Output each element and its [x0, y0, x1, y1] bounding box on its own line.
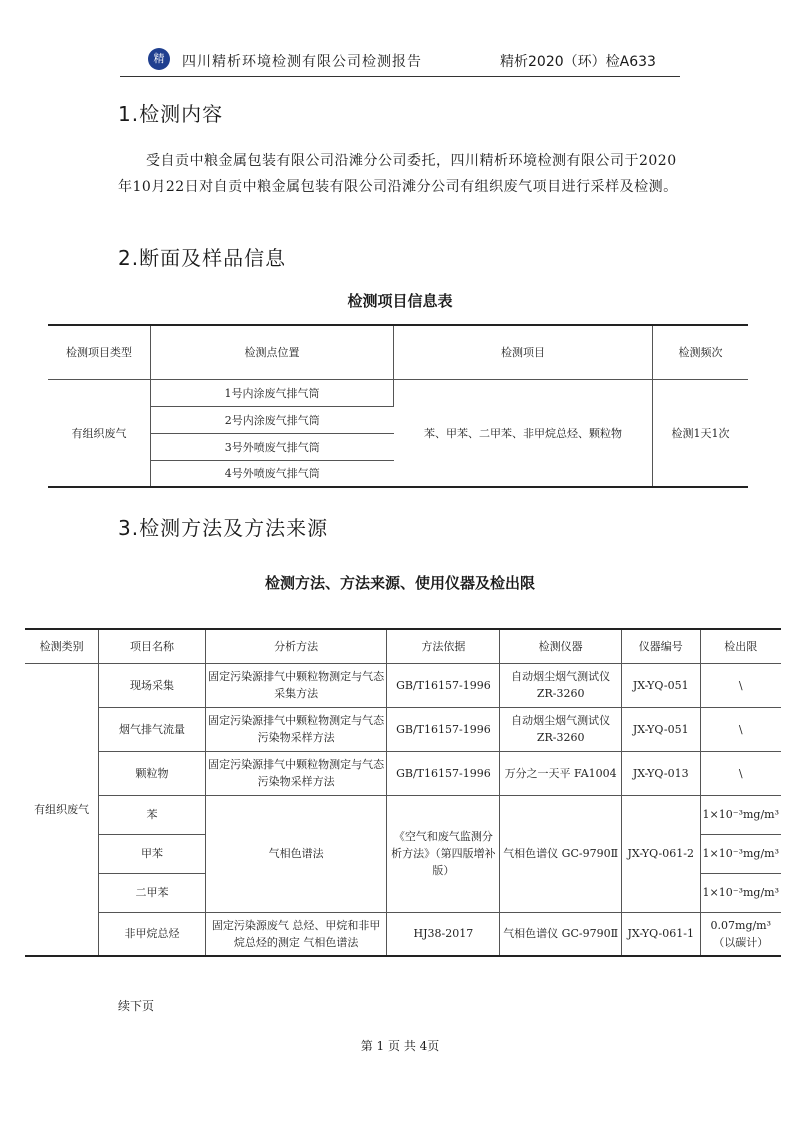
col-header: 检测项目类型: [48, 325, 151, 379]
instrument-cell: 气相色谱仪 GC-9790Ⅱ: [500, 912, 621, 956]
limit-cell: 0.07mg/m³（以碳计）: [700, 912, 781, 956]
limit-cell: 1×10⁻³mg/m³: [700, 873, 781, 912]
frequency-cell: 检测1天1次: [653, 379, 749, 487]
name-cell: 非甲烷总烃: [99, 912, 206, 956]
limit-cell: \: [700, 663, 781, 707]
col-header: 检测项目: [394, 325, 653, 379]
company-logo-icon: 精: [148, 48, 170, 70]
col-header: 分析方法: [205, 629, 387, 663]
table-row: 有组织废气 现场采集 固定污染源排气中颗粒物测定与气态采集方法 GB/T1615…: [25, 663, 781, 707]
header-company-report: 四川精析环境检测有限公司检测报告: [182, 51, 422, 71]
col-header: 检出限: [700, 629, 781, 663]
header-divider: [120, 76, 680, 77]
col-header: 检测点位置: [151, 325, 394, 379]
inst-no-cell: JX-YQ-051: [621, 707, 700, 751]
col-header: 检测频次: [653, 325, 749, 379]
continued-note: 续下页: [118, 997, 154, 1014]
name-cell: 现场采集: [99, 663, 206, 707]
section2-title: 2.断面及样品信息: [118, 242, 286, 271]
point-cell: 1号内涂废气排气筒: [151, 379, 394, 406]
header-report-number: 精析2020（环）检A633: [500, 51, 656, 71]
col-header: 检测仪器: [500, 629, 621, 663]
name-cell: 二甲苯: [99, 873, 206, 912]
category-cell: 有组织废气: [25, 663, 99, 956]
limit-cell: \: [700, 751, 781, 795]
basis-cell: 《空气和废气监测分析方法》（第四版增补版）: [387, 795, 500, 912]
info-table-title: 检测项目信息表: [0, 290, 800, 311]
table-row: 烟气排气流量 固定污染源排气中颗粒物测定与气态污染物采样方法 GB/T16157…: [25, 707, 781, 751]
col-header: 项目名称: [99, 629, 206, 663]
limit-cell: 1×10⁻³mg/m³: [700, 834, 781, 873]
category-cell: 有组织废气: [48, 379, 151, 487]
basis-cell: HJ38-2017: [387, 912, 500, 956]
point-cell: 4号外喷废气排气筒: [151, 460, 394, 487]
info-table: 检测项目类型 检测点位置 检测项目 检测频次 有组织废气 1号内涂废气排气筒 苯…: [48, 324, 748, 488]
name-cell: 烟气排气流量: [99, 707, 206, 751]
inst-no-cell: JX-YQ-061-1: [621, 912, 700, 956]
limit-cell: \: [700, 707, 781, 751]
method-cell: 固定污染源废气 总烃、甲烷和非甲烷总烃的测定 气相色谱法: [205, 912, 387, 956]
method-cell: 固定污染源排气中颗粒物测定与气态污染物采样方法: [205, 707, 387, 751]
inst-no-cell: JX-YQ-013: [621, 751, 700, 795]
name-cell: 颗粒物: [99, 751, 206, 795]
methods-table: 检测类别 项目名称 分析方法 方法依据 检测仪器 仪器编号 检出限 有组织废气 …: [25, 628, 781, 957]
instrument-cell: 自动烟尘烟气测试仪 ZR-3260: [500, 707, 621, 751]
name-cell: 苯: [99, 795, 206, 834]
point-cell: 2号内涂废气排气筒: [151, 406, 394, 433]
col-header: 仪器编号: [621, 629, 700, 663]
basis-cell: GB/T16157-1996: [387, 707, 500, 751]
name-cell: 甲苯: [99, 834, 206, 873]
point-cell: 3号外喷废气排气筒: [151, 433, 394, 460]
instrument-cell: 万分之一天平 FA1004: [500, 751, 621, 795]
inst-no-cell: JX-YQ-051: [621, 663, 700, 707]
method-cell: 固定污染源排气中颗粒物测定与气态采集方法: [205, 663, 387, 707]
items-cell: 苯、甲苯、二甲苯、非甲烷总烃、颗粒物: [394, 379, 653, 487]
methods-table-title: 检测方法、方法来源、使用仪器及检出限: [0, 572, 800, 593]
limit-cell: 1×10⁻³mg/m³: [700, 795, 781, 834]
method-cell: 气相色谱法: [205, 795, 387, 912]
basis-cell: GB/T16157-1996: [387, 663, 500, 707]
section1-title: 1.检测内容: [118, 98, 223, 127]
col-header: 检测类别: [25, 629, 99, 663]
basis-cell: GB/T16157-1996: [387, 751, 500, 795]
instrument-cell: 自动烟尘烟气测试仪 ZR-3260: [500, 663, 621, 707]
section1-paragraph: 受自贡中粮金属包装有限公司沿滩分公司委托，四川精析环境检测有限公司于2020年1…: [118, 148, 684, 200]
method-cell: 固定污染源排气中颗粒物测定与气态污染物采样方法: [205, 751, 387, 795]
section3-title: 3.检测方法及方法来源: [118, 512, 328, 541]
instrument-cell: 气相色谱仪 GC-9790Ⅱ: [500, 795, 621, 912]
page-number: 第 1 页 共 4页: [0, 1037, 800, 1054]
table-row: 非甲烷总烃 固定污染源废气 总烃、甲烷和非甲烷总烃的测定 气相色谱法 HJ38-…: [25, 912, 781, 956]
inst-no-cell: JX-YQ-061-2: [621, 795, 700, 912]
table-row: 颗粒物 固定污染源排气中颗粒物测定与气态污染物采样方法 GB/T16157-19…: [25, 751, 781, 795]
table-row: 苯 气相色谱法 《空气和废气监测分析方法》（第四版增补版） 气相色谱仪 GC-9…: [25, 795, 781, 834]
col-header: 方法依据: [387, 629, 500, 663]
